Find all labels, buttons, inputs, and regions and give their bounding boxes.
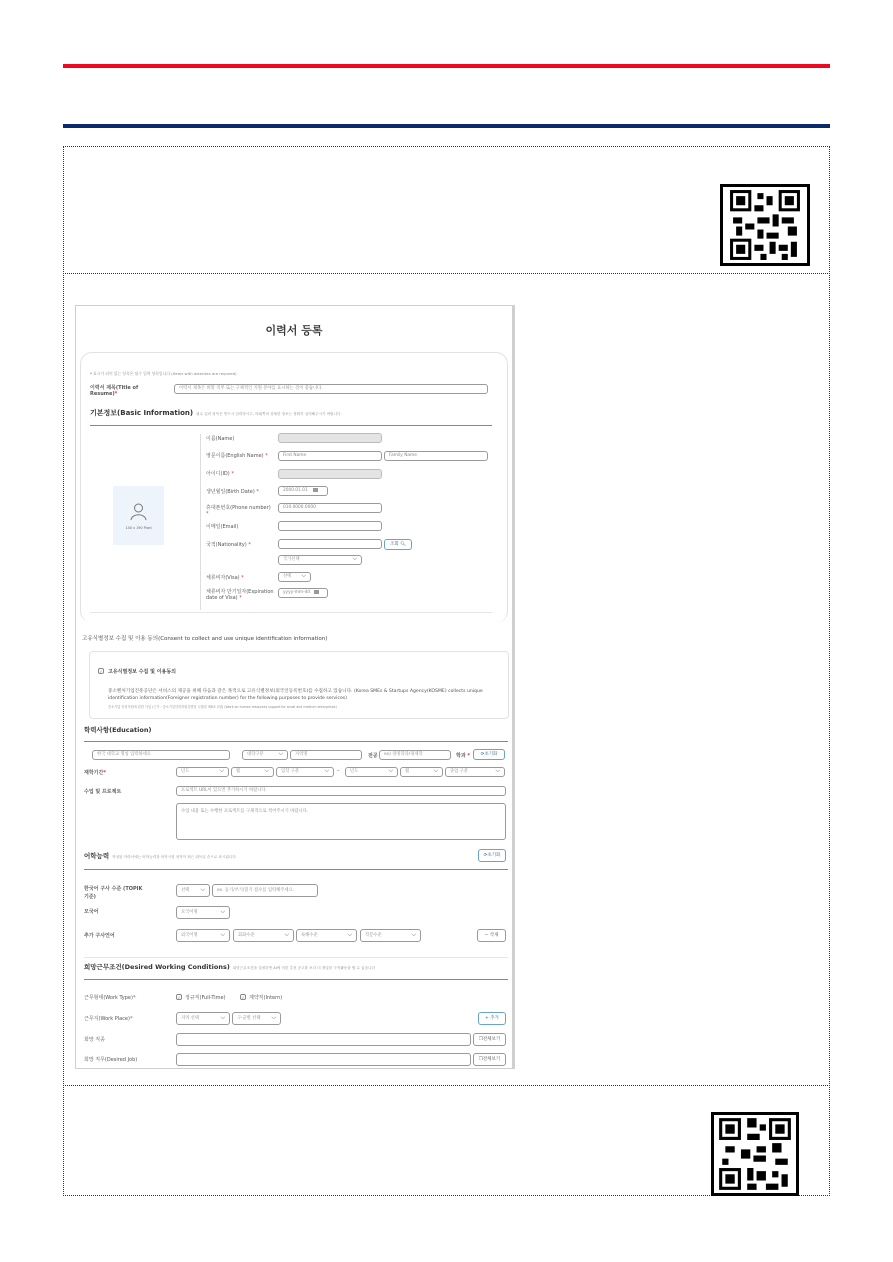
id-label: 아이디(ID) *: [206, 470, 234, 477]
district-select[interactable]: 구·군별 선택: [232, 1012, 281, 1025]
add-workplace-button[interactable]: + 추가: [478, 1012, 506, 1025]
family-name-input[interactable]: Family Name: [384, 451, 488, 461]
desired-industry-input[interactable]: [176, 1033, 471, 1046]
project-url-input[interactable]: 프로젝트 URL이 있으면 추가하시기 바랍니다.: [176, 786, 506, 796]
department-label: 학과 *: [456, 752, 470, 759]
native-language-label: 모국어: [84, 908, 99, 915]
phone-label: 휴대폰번호(Phone number)*: [206, 504, 276, 517]
top-red-rule: [63, 64, 830, 68]
writing-level-select[interactable]: 작문수준: [360, 929, 421, 942]
photo-size-caption: 140 x 190 Pixel: [113, 526, 164, 530]
top-navy-rule: [63, 124, 830, 128]
photo-divider: [200, 434, 201, 610]
visa-select[interactable]: 선택: [278, 572, 311, 582]
period-dash: –: [337, 768, 340, 774]
form-title: 이력서 등록: [76, 322, 512, 338]
work-type-label: 근무형태(Work Type)*: [84, 994, 135, 1001]
start-month-select[interactable]: 월: [231, 767, 274, 777]
calendar-icon[interactable]: [313, 488, 318, 492]
major-label: 전공: [368, 752, 378, 759]
calendar-icon[interactable]: [314, 590, 319, 594]
desired-job-label: 희망 직무(Desired Job): [84, 1056, 137, 1063]
birth-date-label: 생년월일(Birth Date) *: [206, 488, 259, 495]
qr-pattern-icon: [723, 187, 807, 263]
id-field: [278, 469, 382, 479]
desired-job-input[interactable]: [176, 1053, 471, 1066]
resume-title-input[interactable]: 이력서 제목은 희망 직무 또는 구체적인 지원 분야를 표시하는 것이 좋습니…: [174, 384, 488, 394]
consent-heading: 고유식별정보 수집 및 이용 동의(Consent to collect and…: [82, 634, 327, 642]
first-name-input[interactable]: First Name: [278, 451, 382, 461]
korean-score-input[interactable]: ex. 듣기/쓰기/읽기 점수를 입력해주세요.: [212, 884, 318, 897]
birth-date-input[interactable]: 2000.01.01: [278, 486, 328, 496]
phone-input[interactable]: 010.0000.0000: [278, 503, 382, 513]
major-input[interactable]: ex) 경영학과/경제학: [379, 750, 451, 760]
search-icon: 🔍︎: [400, 542, 406, 547]
resume-form-screenshot: 이력서 등록 * 표시가 되어 있는 항목은 필수 입력 항목입니다.(Item…: [75, 305, 515, 1069]
education-heading: 학력사항(Education): [84, 725, 151, 734]
consent-text: 중소벤처기업진흥공단은 서비스의 제공을 위해 다음과 같은 목적으로 고유식별…: [108, 688, 504, 702]
job-view-all-button[interactable]: ❐전체보기: [473, 1053, 506, 1066]
country-select[interactable]: 국가선택: [278, 555, 362, 565]
korean-level-label: 한국어 구사 수준 (TOPIK 기준): [84, 885, 144, 901]
email-label: 이메일(Email): [206, 523, 238, 530]
reading-level-select[interactable]: 독해수준: [296, 929, 357, 942]
education-reset-button[interactable]: ⟳초기화: [473, 749, 505, 760]
industry-view-all-button[interactable]: ❐전체보기: [473, 1033, 506, 1046]
project-label: 수업 및 프로젝트: [84, 788, 121, 795]
required-note: * 표시가 되어 있는 항목은 필수 입력 항목입니다.(Items with …: [90, 371, 237, 377]
qr-pattern-icon: [714, 1115, 796, 1193]
speaking-level-select[interactable]: 회화수준: [233, 929, 294, 942]
foreign-language-select[interactable]: 외국어명: [176, 929, 230, 942]
nationality-input[interactable]: [278, 539, 382, 549]
english-name-label: 영문이름(English Name) *: [206, 452, 268, 459]
email-input[interactable]: [278, 521, 382, 531]
intern-label: 계약직(Intern): [249, 994, 282, 1001]
resume-title-label: 이력서 제목(Title of Resume)*: [90, 384, 165, 397]
frame-divider-bottom: [63, 1085, 830, 1086]
consent-checkbox-label: 고유식별정보 수집 및 이용동의: [108, 668, 176, 675]
qr-code-bottom: [711, 1112, 799, 1196]
nationality-search-button[interactable]: 조회 🔍︎: [384, 539, 412, 550]
basic-info-heading: 기본정보(Basic Information)필수 입력 항목은 반드시 입력하…: [90, 408, 342, 418]
visa-label: 체류비자(Visa) *: [206, 574, 244, 581]
language-reset-button[interactable]: ⟳초기화: [478, 849, 506, 862]
consent-subtext: 중소기업 인력지원에 관한 사업 (근거 : 중소기업인력지원특별법 시행령 제…: [108, 704, 337, 709]
university-type-select[interactable]: 대학구분: [242, 750, 288, 760]
basic-info-divider: [90, 425, 492, 426]
conditions-divider: [84, 979, 508, 980]
work-place-label: 근무지(Work Place)*: [84, 1015, 132, 1022]
intern-checkbox[interactable]: ✓: [240, 994, 246, 1000]
conditions-heading: 희망근무조건(Desired Working Conditions)희망근무조건…: [84, 962, 375, 971]
project-description-textarea[interactable]: 수업 내용 또는 수행한 프로젝트를 구체적으로 적어주시기 바랍니다.: [176, 803, 506, 840]
delete-language-button[interactable]: − 삭제: [477, 929, 506, 942]
school-name-input[interactable]: 한국 대학교 명칭 입력하세요: [92, 750, 230, 760]
fulltime-checkbox[interactable]: ✓: [176, 994, 182, 1000]
native-language-select[interactable]: 모국어명: [176, 906, 230, 919]
study-period-label: 재학기간*: [84, 769, 106, 776]
korean-level-select[interactable]: 선택: [176, 884, 210, 897]
admission-type-select[interactable]: 입학 구분: [276, 767, 334, 777]
basic-info-end-divider: [90, 612, 492, 613]
name-label: 이름(Name): [206, 435, 234, 442]
fulltime-label: 정규직(Full-Time): [185, 994, 226, 1001]
profile-photo-placeholder[interactable]: 140 x 190 Pixel: [113, 486, 164, 545]
education-divider: [84, 741, 508, 742]
visa-expiration-label: 체류비자 만기일자(Expiration date of Visa) *: [206, 588, 276, 601]
extra-language-label: 추가 구사언어: [84, 932, 115, 939]
nationality-label: 국적(Nationality) *: [206, 541, 251, 548]
language-divider: [84, 869, 508, 870]
end-month-select[interactable]: 월: [400, 767, 443, 777]
region-select[interactable]: 지역 선택: [176, 1012, 230, 1025]
visa-expiration-input[interactable]: yyyy-mm-dd: [278, 588, 328, 598]
qr-code-top: [720, 184, 810, 266]
start-year-select[interactable]: 년도: [176, 767, 229, 777]
end-year-select[interactable]: 년도: [345, 767, 398, 777]
name-field: [278, 433, 382, 443]
user-silhouette-icon: [130, 503, 147, 521]
consent-box: ✓ 고유식별정보 수집 및 이용동의 중소벤처기업진흥공단은 서비스의 제공을 …: [89, 651, 509, 719]
desired-industry-label: 희망 직종: [84, 1036, 105, 1043]
frame-divider-top: [63, 273, 830, 274]
region-input[interactable]: 지역명: [290, 750, 362, 760]
language-end-divider: [84, 957, 508, 958]
consent-checkbox[interactable]: ✓: [98, 668, 104, 674]
language-heading: 어학능력작성된 이력서에는 어학능력과 어학시험 성적이 최근 취득일 순으로 …: [84, 851, 236, 860]
graduation-type-select[interactable]: 졸업 구분: [445, 767, 505, 777]
